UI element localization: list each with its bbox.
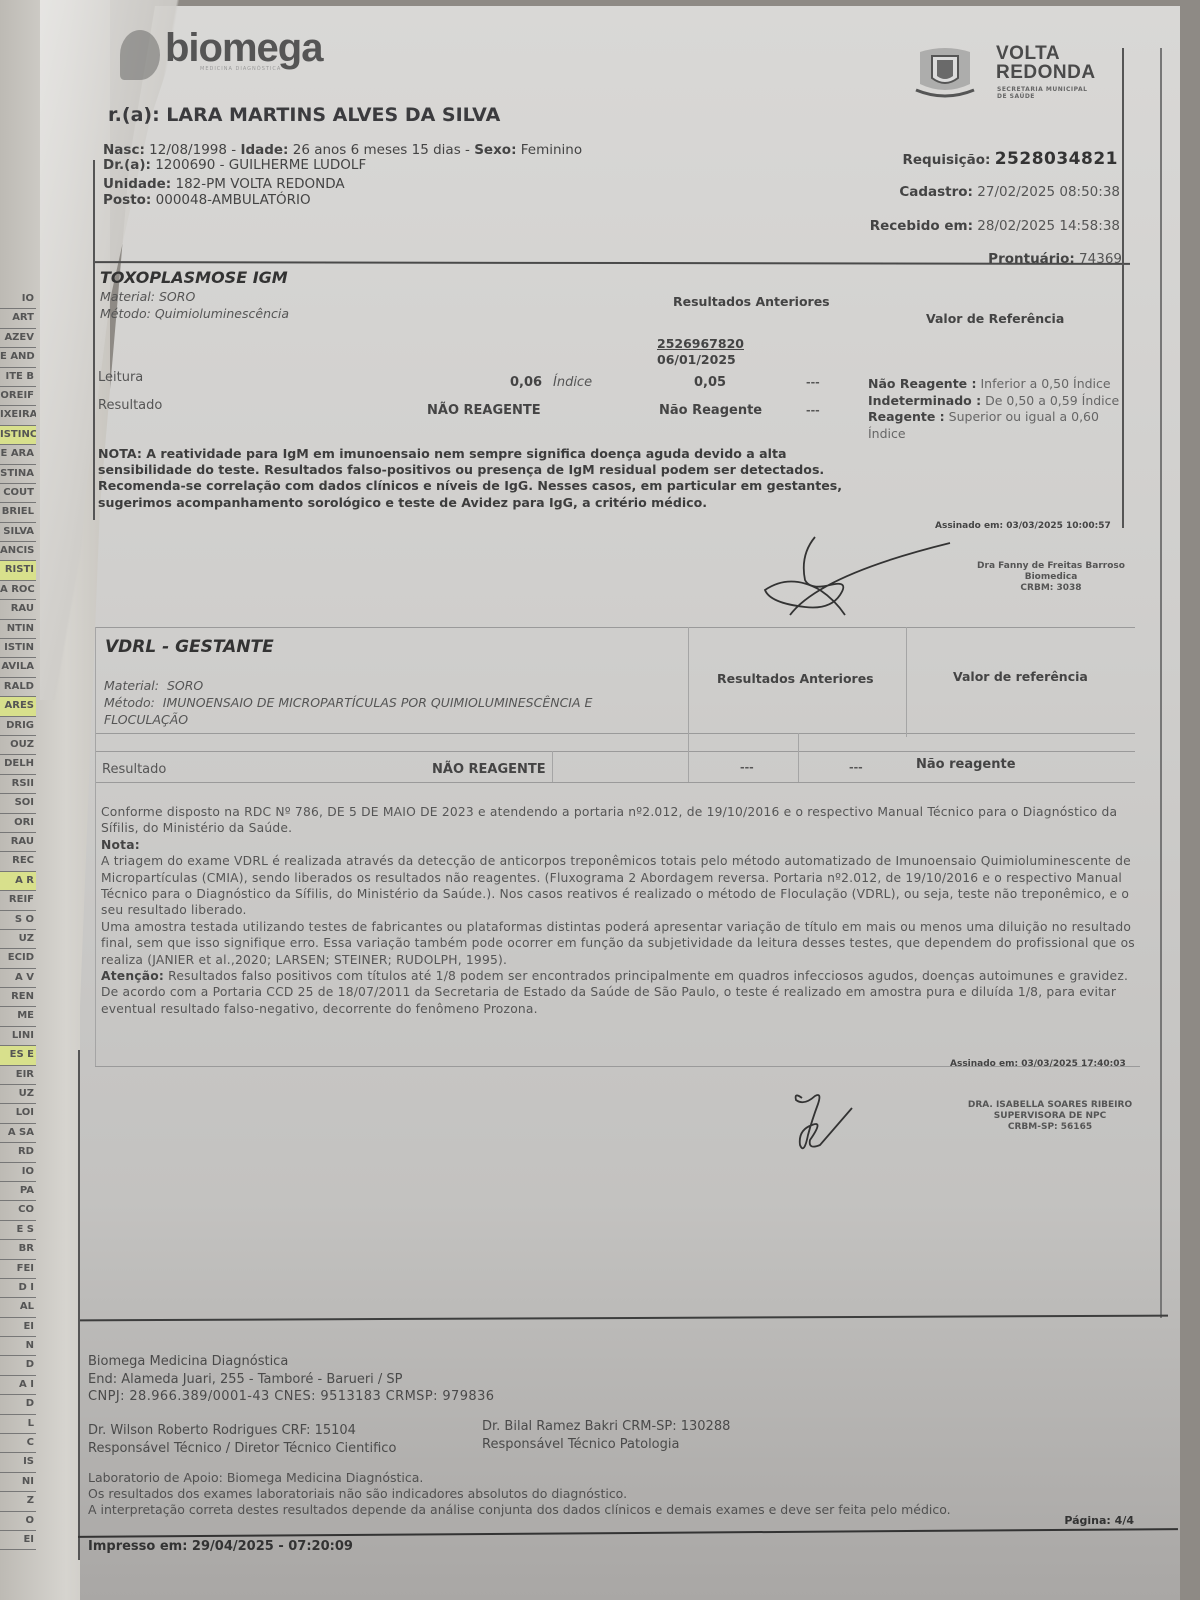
ref-indeterminate: Indeterminado : De 0,50 a 0,59 Índice: [868, 393, 1138, 410]
vdrl-bottom-border: [95, 782, 1135, 783]
biomega-logo: biomega: [165, 26, 322, 71]
vdrl-signature-icon: [790, 1090, 870, 1160]
frame-right: [1122, 48, 1124, 528]
received-date: Recebido em: 28/02/2025 14:58:38: [870, 218, 1120, 234]
underlying-list-item: IXEIRA: [0, 406, 36, 425]
vdrl-material: Material: SORO: [104, 677, 203, 694]
underlying-list-item: ARES: [0, 697, 36, 716]
vdrl-col-border-2: [906, 627, 907, 737]
underlying-list-item: FEI: [0, 1260, 36, 1279]
underlying-list-item: AVILA: [0, 658, 36, 677]
toxo-result-value: NÃO REAGENTE: [427, 403, 541, 418]
ref-non-reactive: Não Reagente : Inferior a 0,50 Índice: [868, 376, 1138, 393]
toxo-material: Material: SORO: [100, 288, 195, 305]
footer-lab-info: Biomega Medicina Diagnóstica End: Alamed…: [88, 1353, 494, 1406]
underlying-list-item: LINI: [0, 1027, 36, 1046]
footer-lab-name: Biomega Medicina Diagnóstica: [88, 1353, 494, 1371]
vdrl-attention-text: Resultados falso positivos com títulos a…: [164, 969, 1128, 983]
vdrl-reference-value: Não reagente: [916, 757, 1016, 772]
underlying-list-item: E S: [0, 1221, 36, 1240]
underlying-list-item: REN: [0, 988, 36, 1007]
underlying-list-item: PA: [0, 1182, 36, 1201]
registration-date: Cadastro: 27/02/2025 08:50:38: [899, 184, 1120, 200]
toxo-note: NOTA: A reatividade para IgM em imunoens…: [98, 446, 858, 511]
printed-at: Impresso em: 29/04/2025 - 07:20:09: [88, 1539, 353, 1554]
toxo-signer: Dra Fanny de Freitas BarrosoBiomedicaCRB…: [966, 561, 1136, 594]
toxo-title: TOXOPLASMOSE IGM: [100, 268, 288, 287]
underlying-list-item: N: [0, 1337, 36, 1356]
underlying-list-item: ECID: [0, 949, 36, 968]
underlying-list-item: E AND: [0, 348, 36, 367]
underlying-list-item: REIF: [0, 891, 36, 910]
underlying-list-item: ITE B: [0, 368, 36, 387]
underlying-list-item: RAU: [0, 600, 36, 619]
underlying-list-item: EI: [0, 1318, 36, 1337]
underlying-list-item: IO: [0, 290, 36, 309]
underlying-list-item: D: [0, 1395, 36, 1414]
footer-responsible-2: Dr. Bilal Ramez Bakri CRM-SP: 130288 Res…: [482, 1418, 730, 1453]
underlying-list-item: Z: [0, 1492, 36, 1511]
vdrl-prev-border: [798, 733, 799, 782]
underlying-list-item: ISTINC: [0, 426, 36, 445]
vdrl-result-border: [552, 751, 553, 782]
underlying-list-item: LOI: [0, 1104, 36, 1123]
underlying-list-item: S O: [0, 911, 36, 930]
underlying-list-item: IS: [0, 1453, 36, 1472]
municipality-subtitle: SECRETARIA MUNICIPALDE SAÚDE: [997, 86, 1087, 100]
toxo-method: Método: Quimioluminescência: [100, 305, 289, 322]
toxo-previous-requisition: 2526967820: [657, 336, 744, 351]
vdrl-variation-text: Uma amostra testada utilizando testes de…: [101, 919, 1141, 968]
toxo-reading-value: 0,06: [510, 375, 542, 390]
vdrl-prozone-text: De acordo com a Portaria CCD 25 de 18/07…: [101, 984, 1141, 1017]
underlying-list-item: NTIN: [0, 620, 36, 639]
vdrl-notes: Conforme disposto na RDC Nº 786, DE 5 DE…: [101, 804, 1141, 1017]
vdrl-previous-2: ---: [849, 761, 863, 774]
underlying-list-item: NI: [0, 1473, 36, 1492]
vdrl-note-label: Nota:: [101, 838, 140, 852]
underlying-list-item: D I: [0, 1279, 36, 1298]
vdrl-attention-label: Atenção:: [101, 969, 164, 983]
vdrl-screening-text: A triagem do exame VDRL é realizada atra…: [101, 853, 1141, 919]
underlying-list-item: A V: [0, 969, 36, 988]
footer-responsible-1: Dr. Wilson Roberto Rodrigues CRF: 15104 …: [88, 1422, 396, 1457]
underlying-list-item: SILVA: [0, 523, 36, 542]
underlying-list-item: RISTI: [0, 561, 36, 580]
underlying-list-item: RSII: [0, 775, 36, 794]
toxo-reference-header: Valor de Referência: [926, 311, 1064, 326]
underlying-list-item: E ARA: [0, 445, 36, 464]
underlying-list-item: ORI: [0, 814, 36, 833]
footer-ids: CNPJ: 28.966.389/0001-43 CNES: 9513183 C…: [88, 1388, 494, 1406]
vdrl-regulation-text: Conforme disposto na RDC Nº 786, DE 5 DE…: [101, 804, 1141, 837]
underlying-name-list: IOARTAZEVE ANDITE BOREIFIXEIRAISTINCE AR…: [0, 290, 36, 1550]
underlying-list-item: OUZ: [0, 736, 36, 755]
underlying-list-item: RD: [0, 1143, 36, 1162]
vdrl-signer: DRA. ISABELLA SOARES RIBEIROSUPERVISORA …: [960, 1100, 1140, 1133]
requesting-doctor: Dr.(a): 1200690 - GUILHERME LUDOLF: [103, 156, 366, 175]
toxo-reading-previous-2: ---: [806, 376, 820, 389]
toxo-reference-values: Não Reagente : Inferior a 0,50 Índice In…: [868, 376, 1138, 442]
underlying-list-item: D: [0, 1356, 36, 1375]
vdrl-signed-at: Assinado em: 03/03/2025 17:40:03: [950, 1059, 1126, 1069]
underlying-list-item: EI: [0, 1531, 36, 1550]
toxo-previous-date: 06/01/2025: [657, 352, 736, 367]
page-number: Página: 4/4: [1064, 1514, 1134, 1527]
underlying-list-item: BRIEL: [0, 503, 36, 522]
vdrl-row-border: [95, 751, 1135, 752]
biomega-tagline: MEDICINA DIAGNÓSTICA: [200, 66, 281, 72]
underlying-list-item: C: [0, 1434, 36, 1453]
underlying-list-item: ME: [0, 1007, 36, 1026]
vdrl-method: Método: IMUNOENSAIO DE MICROPARTÍCULAS P…: [104, 694, 674, 728]
underlying-list-item: ANCIS: [0, 542, 36, 561]
underlying-list-item: UZ: [0, 1085, 36, 1104]
vdrl-result-label: Resultado: [102, 762, 166, 777]
vdrl-title: VDRL - GESTANTE: [105, 637, 274, 657]
footer-disclaimer: Laboratorio de Apoio: Biomega Medicina D…: [88, 1470, 1148, 1518]
underlying-list-item: A ROC: [0, 581, 36, 600]
toxo-result-previous: Não Reagente: [659, 403, 762, 418]
underlying-list-item: RALD: [0, 678, 36, 697]
footer-address: End: Alameda Juari, 255 - Tamboré - Baru…: [88, 1371, 494, 1389]
underlying-list-item: AZEV: [0, 329, 36, 348]
underlying-list-item: OREIF: [0, 387, 36, 406]
underlying-list-item: ES E: [0, 1046, 36, 1065]
underlying-list-item: O: [0, 1512, 36, 1531]
underlying-list-item: CO: [0, 1201, 36, 1220]
frame-right-outer: [1160, 48, 1162, 1318]
vdrl-top-border: [95, 627, 1135, 628]
underlying-list-item: A I: [0, 1376, 36, 1395]
volta-redonda-crest-icon: [912, 44, 978, 100]
footer-frame-left: [78, 1050, 80, 1560]
biomega-logo-mark: [120, 30, 160, 80]
underlying-list-item: L: [0, 1415, 36, 1434]
toxo-previous-results-header: Resultados Anteriores: [673, 294, 830, 309]
underlying-list-item: REC: [0, 852, 36, 871]
underlying-list-item: A R: [0, 872, 36, 891]
toxo-result-previous-2: ---: [806, 404, 820, 417]
underlying-list-item: UZ: [0, 930, 36, 949]
underlying-list-item: ISTIN: [0, 639, 36, 658]
patient-name: r.(a): LARA MARTINS ALVES DA SILVA: [108, 104, 500, 126]
vdrl-col-border: [688, 627, 689, 782]
post: Posto: 000048-AMBULATÓRIO: [103, 191, 311, 210]
vdrl-previous-results-header: Resultados Anteriores: [717, 671, 874, 686]
frame-left: [93, 160, 95, 520]
underlying-list-item: ART: [0, 309, 36, 328]
underlying-list-item: A SA: [0, 1124, 36, 1143]
vdrl-left-border: [95, 627, 96, 1067]
underlying-list-item: COUT: [0, 484, 36, 503]
toxo-reading-label: Leitura: [98, 370, 143, 385]
toxo-reading-previous: 0,05: [694, 375, 726, 390]
underlying-list-item: AL: [0, 1298, 36, 1317]
underlying-list-item: DELH: [0, 755, 36, 774]
vdrl-reference-header: Valor de referência: [953, 669, 1088, 684]
underlying-list-item: EIR: [0, 1066, 36, 1085]
toxo-result-label: Resultado: [98, 398, 162, 413]
underlying-list-item: BR: [0, 1240, 36, 1259]
underlying-list-item: IO: [0, 1163, 36, 1182]
ref-reactive: Reagente : Superior ou igual a 0,60 Índi…: [868, 409, 1138, 442]
requisition: Requisição: 2528034821: [903, 149, 1119, 169]
vdrl-result-value: NÃO REAGENTE: [432, 762, 546, 777]
underlying-list-item: SOI: [0, 794, 36, 813]
municipality-title: VOLTAREDONDA: [996, 44, 1096, 82]
underlying-list-item: DRIG: [0, 717, 36, 736]
vdrl-previous-1: ---: [740, 761, 754, 774]
vdrl-mid-border: [95, 733, 1135, 734]
underlying-list-item: STINA: [0, 465, 36, 484]
underlying-list-item: RAU: [0, 833, 36, 852]
toxo-signed-at: Assinado em: 03/03/2025 10:00:57: [935, 521, 1111, 531]
toxo-signature-icon: [760, 535, 960, 625]
toxo-reading-unit: Índice: [553, 375, 592, 390]
